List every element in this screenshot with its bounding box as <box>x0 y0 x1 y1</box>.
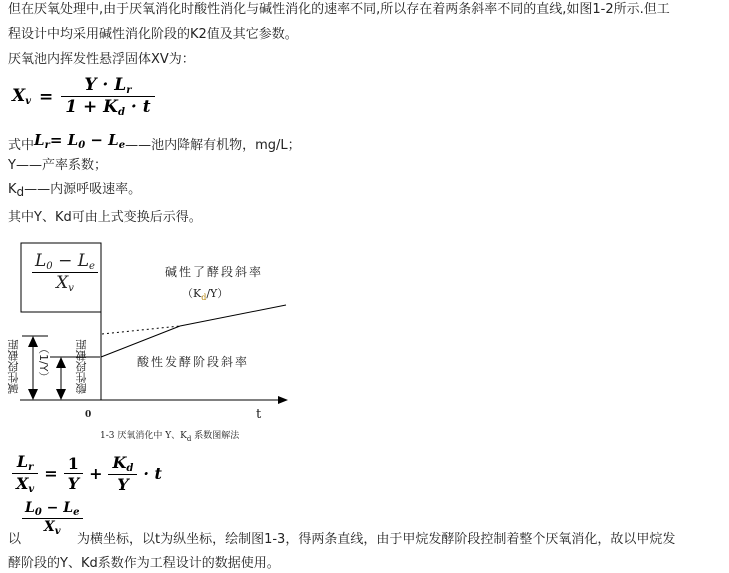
alkaline-slope-formula: （Kd/Y） <box>182 285 228 302</box>
y-definition: Y——产率系数； <box>8 157 107 175</box>
formula-xv-lhs: Xv <box>12 86 31 107</box>
conclusion-line-2: 酵阶段的Y、Kd系数作为工程设计的数据使用。 <box>8 555 280 573</box>
figure-caption: 1-3 厌氧消化中 Y、Kd 系数图解法 <box>100 428 239 443</box>
figure-y-axis-label: L0 − Le Xv <box>32 251 98 294</box>
paragraph-line-2: 程设计中均采用碱性消化阶段的K2值及其它参数。 <box>8 26 298 44</box>
alkaline-intercept-label: 碱性段截距 <box>6 339 22 394</box>
conclusion-prefix: 以 <box>8 531 21 549</box>
conclusion-fraction: L0 − Le Xv <box>22 500 83 537</box>
intercept-1-over-y: （1/Y） <box>35 343 51 382</box>
paragraph-line-1: 但在厌氧处理中,由于厌氧消化时酸性消化与碱性消化的速率不同,所以存在着两条斜率不… <box>8 1 670 19</box>
x-axis-label: t <box>256 407 261 422</box>
formula-xv-fraction: Y · Lr 1 + Kd · t <box>61 75 154 118</box>
formula-linear: LrXv = 1Y + KdY · t <box>12 452 162 495</box>
xv-intro: 厌氧池内挥发性悬浮固体XV为： <box>8 51 195 69</box>
origin-label: 0 <box>85 410 91 420</box>
lr-definition: 式中Lr= L0 − Le——池内降解有机物，mg/L； <box>8 131 301 155</box>
conclusion-line-1: 为横坐标，以t为纵坐标，绘制图1-3，得两条直线，由于甲烷发酵阶段控制着整个厌氧… <box>77 531 675 549</box>
acid-slope-label: 酸性发酵阶段斜率 <box>137 353 249 370</box>
derive-text: 其中Y、Kd可由上式变换后示得。 <box>8 209 202 227</box>
acid-intercept-label: 酸性段截距 <box>74 339 90 394</box>
alkaline-slope-label: 碱性了酵段斜率 <box>165 263 263 280</box>
figure-1-3: L0 − Le Xv 碱性了酵段斜率 （Kd/Y） 酸性发酵阶段斜率 碱性段截距… <box>0 235 300 445</box>
kd-definition: Kd——内源呼吸速率。 <box>8 181 141 201</box>
formula-xv: Xv = Y · Lr 1 + Kd · t <box>12 75 155 118</box>
formula-xv-eq: = <box>39 87 53 107</box>
